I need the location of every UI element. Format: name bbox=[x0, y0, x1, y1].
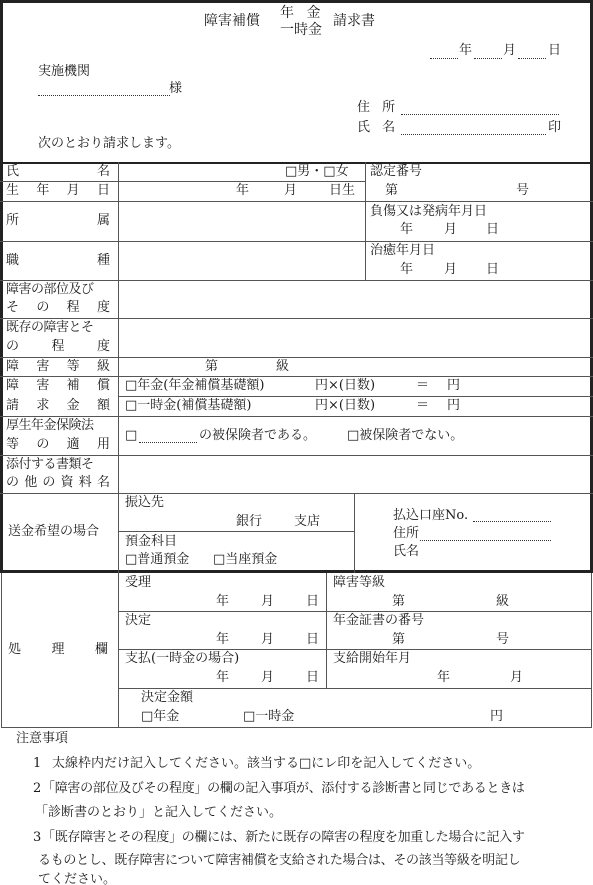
note-1-text: 太線枠内だけ記入してください。該当する□にレ印を記入してください。 bbox=[52, 756, 480, 772]
existing-input[interactable] bbox=[120, 320, 590, 356]
pension-law-label-2: 等の適用 bbox=[6, 437, 110, 453]
grade-prefix: 第 bbox=[205, 359, 218, 375]
amount-label: 決定金額 bbox=[141, 690, 193, 706]
address-field[interactable] bbox=[401, 114, 559, 115]
decision-month: 月 bbox=[261, 632, 274, 648]
decision-year: 年 bbox=[216, 632, 229, 648]
existing-label-1: 既存の障害とそ bbox=[6, 320, 94, 336]
claim-lumpsum-option[interactable]: □一時金(補償基礎額) bbox=[125, 398, 251, 414]
receipt-day: 日 bbox=[306, 594, 319, 610]
start-month: 月 bbox=[510, 670, 523, 686]
cert-number-label: 認定番号 bbox=[370, 164, 422, 180]
attachments-label-1: 添付する書類そ bbox=[6, 457, 94, 473]
payment-month: 月 bbox=[261, 670, 274, 686]
receipt-label: 受理 bbox=[125, 575, 151, 591]
claim-lumpsum-eq: ＝ bbox=[416, 398, 429, 414]
birth-month: 月 bbox=[284, 183, 297, 199]
title-pension: 年 金 bbox=[280, 5, 324, 21]
claim-pension-yen: 円 bbox=[447, 378, 460, 394]
affiliation-input[interactable] bbox=[120, 203, 364, 240]
claim-label-2: 請求金額 bbox=[6, 398, 110, 414]
institution-field[interactable] bbox=[38, 95, 170, 96]
notes-title: 注意事項 bbox=[16, 731, 68, 747]
transfer-label: 振込先 bbox=[125, 495, 164, 511]
claim-lumpsum-yen: 円 bbox=[447, 398, 460, 414]
remittance-label: 送金希望の場合 bbox=[8, 524, 99, 540]
start-label: 支給開始年月 bbox=[333, 651, 411, 667]
birth-day: 日生 bbox=[329, 183, 355, 199]
claim-pension-mult: 円×(日数) bbox=[315, 378, 375, 394]
amount-lumpsum-checkbox: □一時金 bbox=[243, 709, 294, 725]
note-2-text-1: 「障害の部位及びその程度」の欄の記入事項が、添付する診断書と同じであるときは bbox=[42, 781, 525, 797]
note-3-text-3: てください。 bbox=[38, 872, 116, 885]
injury-date-label: 負傷又は発病年月日 bbox=[370, 204, 487, 220]
deposit-type-label: 預金科目 bbox=[125, 534, 177, 550]
grade-label: 障害等級 bbox=[6, 359, 110, 375]
proc-grade-prefix: 第 bbox=[392, 594, 405, 610]
address-label: 住 所 bbox=[357, 100, 399, 116]
disability-site-input[interactable] bbox=[120, 282, 590, 317]
cert-number-suffix: 号 bbox=[516, 183, 529, 199]
title-left: 障害補償 bbox=[204, 13, 260, 29]
seal-mark: 印 bbox=[548, 120, 561, 136]
account-name-label: 氏名 bbox=[393, 544, 419, 560]
occupation-label: 職種 bbox=[6, 253, 110, 269]
title-lumpsum: 一時金 bbox=[280, 22, 322, 38]
honorific: 様 bbox=[169, 81, 182, 97]
name-label: 氏 名 bbox=[357, 120, 399, 136]
receipt-month: 月 bbox=[261, 594, 274, 610]
branch-label: 支店 bbox=[294, 514, 320, 530]
cure-month: 月 bbox=[444, 262, 457, 278]
start-year: 年 bbox=[437, 670, 450, 686]
bank-label: 銀行 bbox=[236, 514, 262, 530]
pension-law-label-1: 厚生年金保険法 bbox=[6, 418, 94, 434]
birth-year: 年 bbox=[236, 183, 249, 199]
cert-no-prefix: 第 bbox=[392, 632, 405, 648]
receipt-year: 年 bbox=[216, 594, 229, 610]
note-3-text-2: るものとし、既存障害について障害補償を支給された場合は、その該当等級を明記し bbox=[38, 853, 520, 869]
pension-insurer-field[interactable] bbox=[139, 442, 197, 443]
note-3-num: 3 bbox=[33, 830, 41, 846]
account-address-label: 住所 bbox=[393, 526, 419, 542]
cert-no-suffix: 号 bbox=[496, 632, 509, 648]
account-address-field[interactable] bbox=[420, 540, 551, 541]
grade-suffix: 級 bbox=[276, 359, 289, 375]
injury-day: 日 bbox=[486, 222, 499, 238]
pension-insured-text: の被保険者である。 bbox=[199, 428, 316, 444]
cert-number-prefix: 第 bbox=[385, 183, 398, 199]
disability-site-label-2: その程度 bbox=[6, 300, 110, 316]
name-row-label: 氏名 bbox=[6, 164, 110, 180]
payment-year: 年 bbox=[216, 670, 229, 686]
affiliation-label: 所属 bbox=[6, 213, 110, 229]
intro-text: 次のとおり請求します。 bbox=[38, 136, 180, 152]
account-no-label: 払込口座No. bbox=[393, 508, 468, 524]
pension-not-insured-checkbox[interactable]: □被保険者でない。 bbox=[347, 428, 463, 444]
date-year: 年 bbox=[459, 43, 472, 59]
claim-label-1: 障害補償 bbox=[6, 378, 110, 394]
attachments-label-2: の他の資料名 bbox=[6, 475, 110, 491]
institution-label: 実施機関 bbox=[38, 64, 90, 80]
title-right: 請求書 bbox=[333, 13, 375, 29]
proc-grade-label: 障害等級 bbox=[333, 575, 385, 591]
note-3-text-1: 「既存障害とその程度」の欄には、新たに既存の障害の程度を加重した場合に記入す bbox=[42, 830, 525, 846]
name-input[interactable] bbox=[120, 163, 280, 181]
gender-checkboxes[interactable]: □男・□女 bbox=[285, 164, 349, 180]
injury-month: 月 bbox=[444, 222, 457, 238]
decision-day: 日 bbox=[306, 632, 319, 648]
payment-label: 支払(一時金の場合) bbox=[125, 651, 239, 667]
occupation-input[interactable] bbox=[120, 243, 364, 279]
amount-pension-checkbox: □年金 bbox=[141, 709, 179, 725]
cure-date-label: 治癒年月日 bbox=[370, 243, 435, 259]
cure-year: 年 bbox=[400, 262, 413, 278]
note-1-num: 1 bbox=[33, 756, 41, 772]
date-day: 日 bbox=[548, 43, 561, 59]
injury-year: 年 bbox=[400, 222, 413, 238]
cure-day: 日 bbox=[486, 262, 499, 278]
account-no-field[interactable] bbox=[473, 521, 551, 522]
processing-label: 処理欄 bbox=[8, 642, 108, 658]
claim-pension-option[interactable]: □年金(年金補償基礎額) bbox=[125, 378, 264, 394]
name-field[interactable] bbox=[401, 134, 546, 135]
birth-row-label: 生年月日 bbox=[6, 183, 110, 199]
proc-grade-suffix: 級 bbox=[496, 594, 509, 610]
decision-label: 決定 bbox=[125, 613, 151, 629]
cert-no-label: 年金証書の番号 bbox=[333, 613, 424, 629]
payment-day: 日 bbox=[306, 670, 319, 686]
note-2-text-2: 「診断書のとおり」と記入してください。 bbox=[35, 805, 282, 821]
claim-lumpsum-mult: 円×(日数) bbox=[315, 398, 375, 414]
disability-site-label-1: 障害の部位及び bbox=[6, 282, 94, 298]
claim-pension-eq: ＝ bbox=[416, 378, 429, 394]
date-month: 月 bbox=[503, 43, 516, 59]
existing-label-2: の程度 bbox=[6, 339, 110, 355]
deposit-current-checkbox[interactable]: □当座預金 bbox=[213, 552, 277, 568]
pension-insured-checkbox[interactable]: □ bbox=[125, 428, 137, 444]
note-2-num: 2 bbox=[33, 781, 41, 797]
attachments-input[interactable] bbox=[120, 457, 590, 492]
deposit-ordinary-checkbox[interactable]: □普通預金 bbox=[125, 552, 189, 568]
amount-yen: 円 bbox=[490, 709, 503, 725]
